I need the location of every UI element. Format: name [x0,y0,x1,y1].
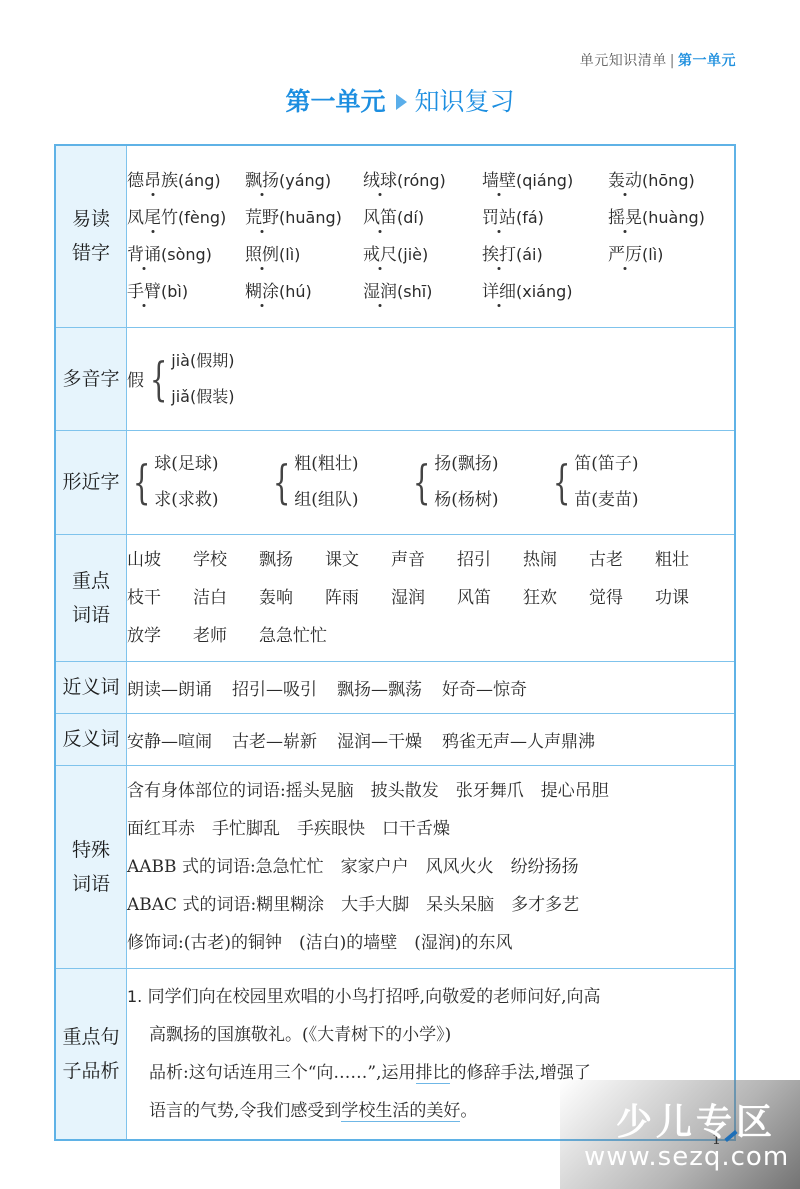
misread-item: 湿润(shī) [363,273,482,310]
label-key-sentence: 重点句子品析 [55,968,127,1140]
misread-word: 飘扬 [245,171,279,191]
misread-grid: 德昂族(áng)飘扬(yáng)绒球(róng)墙壁(qiáng)轰动(hōng… [127,162,734,310]
knowledge-table: 易读错字 德昂族(áng)飘扬(yáng)绒球(róng)墙壁(qiáng)轰动… [54,144,736,1141]
misread-item: 飘扬(yáng) [245,162,363,199]
misread-word: 照例 [245,245,279,265]
keyword-item: 放学 [127,617,193,655]
misread-word: 风笛 [363,208,397,228]
similar-item: 笛(笛子) [574,446,638,482]
misread-pinyin: (fá) [516,208,544,227]
header-unit: 第一单元 [678,53,736,69]
misread-item: 照例(lì) [245,236,363,273]
keyword-item: 热闹 [523,541,589,579]
row-key-words: 重点词语 山坡学校飘扬课文声音招引热闹古老粗壮枝干洁白轰响阵雨湿润风笛狂欢觉得功… [55,534,735,661]
key-words-content: 山坡学校飘扬课文声音招引热闹古老粗壮枝干洁白轰响阵雨湿润风笛狂欢觉得功课放学老师… [127,534,736,661]
keyword-item: 轰响 [259,579,325,617]
misread-word: 德昂族 [127,171,178,191]
misread-item: 详细(xiáng) [482,273,608,310]
misread-word: 严厉 [608,245,642,265]
title-unit: 第一单元 [285,87,385,116]
label-key-words: 重点词语 [55,534,127,661]
similar-shape-content: {球(足球)求(求救) {粗(粗壮)组(组队) {扬(飘扬)杨(杨树) {笛(笛… [127,430,736,534]
misread-pinyin: (lì) [279,245,300,264]
misread-pinyin: (xiáng) [516,282,573,301]
label-text: 易读错字 [71,202,111,270]
synonym-item: 好奇—惊奇 [442,675,527,700]
easy-misread-content: 德昂族(áng)飘扬(yáng)绒球(róng)墙壁(qiáng)轰动(hōng… [127,145,736,327]
misread-item: 德昂族(áng) [127,162,245,199]
misread-pinyin: (sòng) [161,245,212,264]
misread-item: 背诵(sòng) [127,236,245,273]
special-line-1: 含有身体部位的词语:摇头晃脑 披头散发 张牙舞爪 提心吊胆 [127,772,734,810]
watermark-brand: 少儿专区 [616,1094,776,1145]
misread-item: 绒球(róng) [363,162,482,199]
synonym-item: 招引—吸引 [232,675,317,700]
synonym-item: 飘扬—飘荡 [337,675,422,700]
brace-icon: { [133,459,151,505]
misread-item: 墙壁(qiáng) [482,162,608,199]
brace-icon: { [553,459,571,505]
similar-item: 组(组队) [294,482,358,518]
misread-item: 荒野(huāng) [245,199,363,236]
misread-item: 严厉(lì) [608,236,718,273]
page-title: 第一单元知识复习 [0,82,800,118]
keyword-item: 阵雨 [325,579,391,617]
keyword-item: 功课 [655,579,721,617]
misread-item: 风笛(dí) [363,199,482,236]
special-line-5: 修饰词:(古老)的铜钟 (洁白)的墙壁 (湿润)的东风 [127,924,734,962]
brace-icon: { [273,459,291,505]
similar-group-3: {扬(飘扬)杨(杨树) [407,446,547,518]
keyword-item: 湿润 [391,579,457,617]
analysis-end: 。 [460,1101,477,1121]
analysis-highlight-1: 排比 [416,1063,450,1084]
watermark-url: www.sezq.com [584,1142,789,1172]
misread-pinyin: (yáng) [279,171,331,190]
misread-word: 戒尺 [363,245,397,265]
keyword-item: 招引 [457,541,523,579]
misread-word: 摇晃 [608,208,642,228]
misread-pinyin: (lì) [642,245,663,264]
analysis-prefix: 品析:这句话连用三个“向……”,运用 [149,1063,416,1083]
sentence-line-2: 高飘扬的国旗敬礼。(《大青树下的小学》) [127,1016,734,1054]
antonym-item: 鸦雀无声—人声鼎沸 [442,727,595,752]
triangle-arrow-icon [396,94,407,110]
sentence-number: 1. [127,987,142,1006]
label-text: 重点词语 [71,564,111,632]
misread-item: 凤尾竹(fèng) [127,199,245,236]
misread-item: 戒尺(jiè) [363,236,482,273]
keyword-item: 山坡 [127,541,193,579]
misread-word: 墙壁 [482,171,516,191]
running-header: 单元知识清单|第一单元 [580,50,736,70]
misread-word: 挨打 [482,245,516,265]
row-similar-shape: 形近字 {球(足球)求(求救) {粗(粗壮)组(组队) {扬(飘扬)杨(杨树) … [55,430,735,534]
misread-word: 糊涂 [245,282,279,302]
misread-word: 凤尾竹 [127,208,178,228]
misread-word: 湿润 [363,282,397,302]
misread-pinyin: (hú) [279,282,312,301]
keyword-item: 飘扬 [259,541,325,579]
keyword-item: 声音 [391,541,457,579]
misread-word: 罚站 [482,208,516,228]
misread-word: 荒野 [245,208,279,228]
special-line-2: 面红耳赤 手忙脚乱 手疾眼快 口干舌燥 [127,810,734,848]
similar-group-4: {笛(笛子)苗(麦苗) [547,446,667,518]
keyword-item: 枝干 [127,579,193,617]
keyword-item: 古老 [589,541,655,579]
row-special-words: 特殊词语 含有身体部位的词语:摇头晃脑 披头散发 张牙舞爪 提心吊胆 面红耳赤 … [55,765,735,968]
synonym-item: 朗读—朗诵 [127,675,212,700]
reading-1: jià(假期) [171,343,234,379]
misread-word: 手臂 [127,282,161,302]
misread-item: 挨打(ái) [482,236,608,273]
label-special-words: 特殊词语 [55,765,127,968]
similar-group-2: {粗(粗壮)组(组队) [267,446,407,518]
similar-item: 杨(杨树) [434,482,498,518]
misread-word: 详细 [482,282,516,302]
analysis-highlight-2: 学校生活的美好 [341,1101,460,1122]
reading-2: jiǎ(假装) [171,379,234,415]
similar-item: 苗(麦苗) [574,482,638,518]
header-separator: | [670,53,675,69]
misread-word: 轰动 [608,171,642,191]
label-synonyms: 近义词 [55,661,127,713]
misread-pinyin: (róng) [397,171,446,190]
misread-item: 摇晃(huàng) [608,199,718,236]
row-synonyms: 近义词 朗读—朗诵招引—吸引飘扬—飘荡好奇—惊奇 [55,661,735,713]
misread-pinyin: (áng) [178,171,221,190]
keyword-item: 老师 [193,617,259,655]
misread-pinyin: (fèng) [178,208,226,227]
similar-item: 球(足球) [154,446,218,482]
misread-word: 绒球 [363,171,397,191]
label-polyphonic: 多音字 [55,327,127,430]
similar-item: 粗(粗壮) [294,446,358,482]
misread-pinyin: (huāng) [279,208,342,227]
row-antonyms: 反义词 安静—喧闹古老—崭新湿润—干燥鸦雀无声—人声鼎沸 [55,713,735,765]
special-words-content: 含有身体部位的词语:摇头晃脑 披头散发 张牙舞爪 提心吊胆 面红耳赤 手忙脚乱 … [127,765,736,968]
label-text: 特殊词语 [71,833,111,901]
special-line-4: ABAC 式的词语:糊里糊涂 大手大脚 呆头呆脑 多才多艺 [127,886,734,924]
keyword-item: 急急忙忙 [259,617,391,655]
similar-item: 扬(飘扬) [434,446,498,482]
keyword-item: 课文 [325,541,391,579]
label-antonyms: 反义词 [55,713,127,765]
misread-item: 手臂(bì) [127,273,245,310]
keyword-item: 狂欢 [523,579,589,617]
special-line-3: AABB 式的词语:急急忙忙 家家户户 风风火火 纷纷扬扬 [127,848,734,886]
label-easy-misread: 易读错字 [55,145,127,327]
keyword-item: 粗壮 [655,541,721,579]
section-name: 单元知识清单 [580,53,667,69]
misread-pinyin: (hōng) [642,171,695,190]
similar-item: 求(求救) [154,482,218,518]
title-topic: 知识复习 [415,87,515,116]
brace-icon: { [150,356,168,402]
misread-item: 罚站(fá) [482,199,608,236]
antonyms-content: 安静—喧闹古老—崭新湿润—干燥鸦雀无声—人声鼎沸 [127,713,736,765]
synonym-list: 朗读—朗诵招引—吸引飘扬—飘荡好奇—惊奇 [127,675,734,700]
analysis-line2-prefix: 语言的气势,令我们感受到 [149,1101,341,1121]
misread-item: 糊涂(hú) [245,273,363,310]
misread-pinyin: (qiáng) [516,171,573,190]
misread-pinyin: (huàng) [642,208,705,227]
misread-pinyin: (ái) [516,245,543,264]
antonym-item: 湿润—干燥 [337,727,422,752]
keyword-item: 觉得 [589,579,655,617]
keywords-grid: 山坡学校飘扬课文声音招引热闹古老粗壮枝干洁白轰响阵雨湿润风笛狂欢觉得功课放学老师… [127,535,734,661]
synonyms-content: 朗读—朗诵招引—吸引飘扬—飘荡好奇—惊奇 [127,661,736,713]
misread-pinyin: (shī) [397,282,432,301]
keyword-item: 洁白 [193,579,259,617]
polyphonic-char: 假 [127,366,144,391]
antonym-item: 古老—崭新 [232,727,317,752]
misread-pinyin: (jiè) [397,245,428,264]
keyword-item: 风笛 [457,579,523,617]
brace-icon: { [413,459,431,505]
antonym-item: 安静—喧闹 [127,727,212,752]
misread-item: 轰动(hōng) [608,162,718,199]
label-text: 重点句子品析 [61,1020,121,1088]
similar-group-1: {球(足球)求(求救) [127,446,267,518]
antonym-list: 安静—喧闹古老—崭新湿润—干燥鸦雀无声—人声鼎沸 [127,727,734,752]
misread-word: 背诵 [127,245,161,265]
keyword-item: 学校 [193,541,259,579]
misread-pinyin: (dí) [397,208,424,227]
sentence-line-1: 同学们向在校园里欢唱的小鸟打招呼,向敬爱的老师问好,向高 [148,987,601,1007]
row-easy-misread: 易读错字 德昂族(áng)飘扬(yáng)绒球(róng)墙壁(qiáng)轰动… [55,145,735,327]
row-polyphonic: 多音字 假 { jià(假期) jiǎ(假装) [55,327,735,430]
polyphonic-content: 假 { jià(假期) jiǎ(假装) [127,327,736,430]
misread-pinyin: (bì) [161,282,188,301]
label-similar-shape: 形近字 [55,430,127,534]
